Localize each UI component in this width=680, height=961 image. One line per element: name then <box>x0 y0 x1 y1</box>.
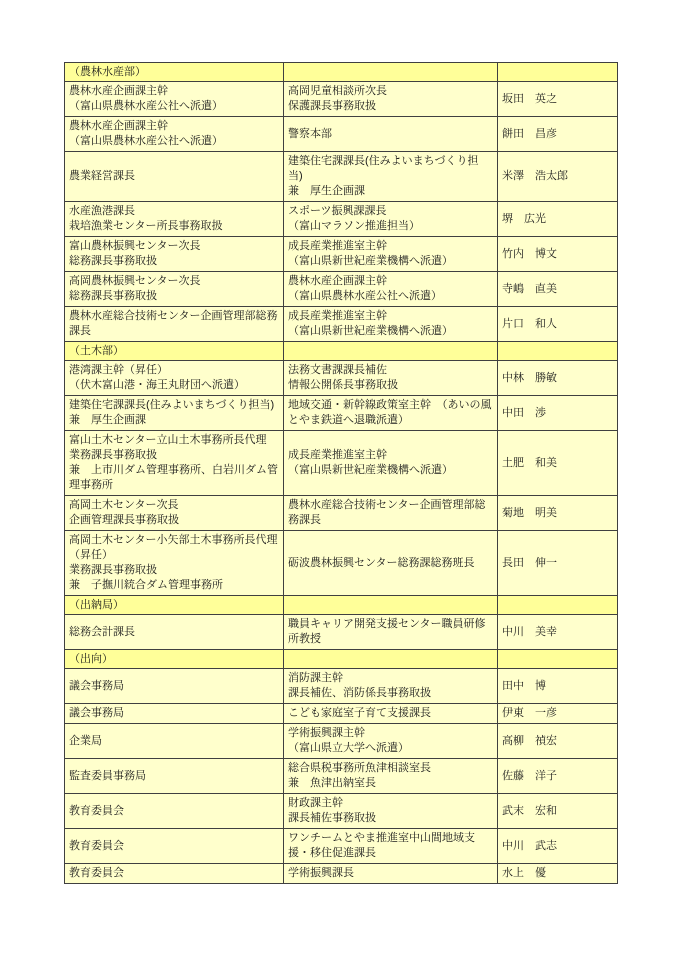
table-row: 企業局学術振興課主幹（富山県立大学へ派遣）高柳 禎宏 <box>65 724 618 759</box>
cell-line: 農林水産総合技術センター企画管理部総務課長 <box>69 309 279 339</box>
old-position-cell: 高岡児童相談所次長保護課長事務取扱 <box>284 82 498 117</box>
cell-line: 消防課主幹 <box>288 671 493 686</box>
cell-line: 課長補佐、消防係長事務取扱 <box>288 686 493 701</box>
section-header-row: （農林水産部） <box>65 63 618 82</box>
name-cell: 餅田 昌彦 <box>498 117 618 152</box>
table-row: 農林水産企画課主幹（富山県農林水産公社へ派遣）高岡児童相談所次長保護課長事務取扱… <box>65 82 618 117</box>
table-row: 高岡土木センター小矢部土木事務所長代理（昇任）業務課長事務取扱兼 子撫川統合ダム… <box>65 531 618 596</box>
old-position-cell: 成長産業推進室主幹（富山県新世紀産業機構へ派遣） <box>284 431 498 496</box>
cell-line: 企業局 <box>69 734 279 749</box>
cell-line: 監査委員事務局 <box>69 769 279 784</box>
table-row: 教育委員会学術振興課長水上 優 <box>65 864 618 884</box>
cell-line: 農林水産総合技術センター企画管理部総務課長 <box>288 498 493 528</box>
name-cell: 菊地 明美 <box>498 496 618 531</box>
new-position-cell: 港湾課主幹（昇任）（伏木富山港・海王丸財団へ派遣） <box>65 361 284 396</box>
table-row: 教育委員会ワンチームとやま推進室中山間地域支援・移住促進課長中川 武志 <box>65 829 618 864</box>
table-row: 農林水産総合技術センター企画管理部総務課長成長産業推進室主幹（富山県新世紀産業機… <box>65 307 618 342</box>
table-row: 総務会計課長職員キャリア開発支援センター職員研修所教授中川 美幸 <box>65 615 618 650</box>
cell-line: スポーツ振興課課長 <box>288 204 493 219</box>
name-cell: 伊東 一彦 <box>498 704 618 724</box>
cell-line: 保護課長事務取扱 <box>288 99 493 114</box>
name-cell: 堺 広光 <box>498 202 618 237</box>
cell-line: （富山マラソン推進担当） <box>288 219 493 234</box>
cell-line: 情報公開係長事務取扱 <box>288 378 493 393</box>
new-position-cell: 教育委員会 <box>65 794 284 829</box>
table-row: 富山農林振興センター次長総務課長事務取扱成長産業推進室主幹（富山県新世紀産業機構… <box>65 237 618 272</box>
name-cell: 中林 勝敏 <box>498 361 618 396</box>
cell-line: 兼 厚生企画課 <box>288 184 493 199</box>
name-cell: 土肥 和美 <box>498 431 618 496</box>
old-position-cell: 地域交通・新幹線政策室主幹 （あいの風とやま鉄道へ退職派遣） <box>284 396 498 431</box>
cell-line: 成長産業推進室主幹 <box>288 448 493 463</box>
table-row: 高岡農林振興センター次長総務課長事務取扱農林水産企画課主幹（富山県農林水産公社へ… <box>65 272 618 307</box>
name-cell: 高柳 禎宏 <box>498 724 618 759</box>
cell-line: （伏木富山港・海王丸財団へ派遣） <box>69 378 279 393</box>
table-row: 農林水産企画課主幹（富山県農林水産公社へ派遣）警察本部餅田 昌彦 <box>65 117 618 152</box>
table-row: 農業経営課長建築住宅課課長(住みよいまちづくり担当)兼 厚生企画課米澤 浩太郎 <box>65 152 618 202</box>
section-header-empty-cell <box>284 342 498 361</box>
cell-line: 栽培漁業センター所長事務取扱 <box>69 219 279 234</box>
cell-line: 警察本部 <box>288 127 493 142</box>
new-position-cell: 農林水産総合技術センター企画管理部総務課長 <box>65 307 284 342</box>
old-position-cell: 職員キャリア開発支援センター職員研修所教授 <box>284 615 498 650</box>
cell-line: 水産漁港課長 <box>69 204 279 219</box>
name-cell: 中川 美幸 <box>498 615 618 650</box>
cell-line: 高岡土木センター次長 <box>69 498 279 513</box>
cell-line: 兼 子撫川統合ダム管理事務所 <box>69 578 279 593</box>
cell-line: 議会事務局 <box>69 679 279 694</box>
cell-line: 兼 魚津出納室長 <box>288 776 493 791</box>
cell-line: （富山県新世紀産業機構へ派遣） <box>288 324 493 339</box>
table-row: 議会事務局こども家庭室子育て支援課長伊東 一彦 <box>65 704 618 724</box>
cell-line: 農林水産企画課主幹 <box>69 119 279 134</box>
new-position-cell: 企業局 <box>65 724 284 759</box>
cell-line: 議会事務局 <box>69 706 279 721</box>
cell-line: 教育委員会 <box>69 866 279 881</box>
cell-line: 成長産業推進室主幹 <box>288 309 493 324</box>
section-header-row: （出納局） <box>65 596 618 615</box>
cell-line: 農業経営課長 <box>69 169 279 184</box>
cell-line: 富山農林振興センター次長 <box>69 239 279 254</box>
section-header-empty-cell <box>498 650 618 669</box>
cell-line: 総務会計課長 <box>69 625 279 640</box>
new-position-cell: 富山土木センター立山土木事務所長代理業務課長事務取扱兼 上市川ダム管理事務所、白… <box>65 431 284 496</box>
name-cell: 米澤 浩太郎 <box>498 152 618 202</box>
cell-line: 高岡土木センター小矢部土木事務所長代理（昇任） <box>69 533 279 563</box>
table-row: 教育委員会財政課主幹課長補佐事務取扱武末 宏和 <box>65 794 618 829</box>
section-header-empty-cell <box>284 596 498 615</box>
old-position-cell: 法務文書課課長補佐情報公開係長事務取扱 <box>284 361 498 396</box>
old-position-cell: 学術振興課主幹（富山県立大学へ派遣） <box>284 724 498 759</box>
cell-line: 兼 上市川ダム管理事務所、白岩川ダム管理事務所 <box>69 463 279 493</box>
cell-line: 課長補佐事務取扱 <box>288 811 493 826</box>
old-position-cell: 学術振興課長 <box>284 864 498 884</box>
cell-line: （富山県農林水産公社へ派遣） <box>288 289 493 304</box>
personnel-table-wrap: （農林水産部）農林水産企画課主幹（富山県農林水産公社へ派遣）高岡児童相談所次長保… <box>64 62 618 884</box>
cell-line: 富山土木センター立山土木事務所長代理 <box>69 433 279 448</box>
cell-line: 法務文書課課長補佐 <box>288 363 493 378</box>
cell-line: 職員キャリア開発支援センター職員研修所教授 <box>288 617 493 647</box>
table-row: 議会事務局消防課主幹課長補佐、消防係長事務取扱田中 博 <box>65 669 618 704</box>
old-position-cell: ワンチームとやま推進室中山間地域支援・移住促進課長 <box>284 829 498 864</box>
new-position-cell: 水産漁港課長栽培漁業センター所長事務取扱 <box>65 202 284 237</box>
cell-line: 総合県税事務所魚津相談室長 <box>288 761 493 776</box>
cell-line: （富山県新世紀産業機構へ派遣） <box>288 254 493 269</box>
name-cell: 片口 和人 <box>498 307 618 342</box>
cell-line: 財政課主幹 <box>288 796 493 811</box>
section-header-empty-cell <box>498 63 618 82</box>
section-header-row: （出向） <box>65 650 618 669</box>
cell-line: 教育委員会 <box>69 804 279 819</box>
cell-line: 総務課長事務取扱 <box>69 254 279 269</box>
cell-line: 成長産業推進室主幹 <box>288 239 493 254</box>
cell-line: 業務課長事務取扱 <box>69 448 279 463</box>
name-cell: 坂田 英之 <box>498 82 618 117</box>
cell-line: 総務課長事務取扱 <box>69 289 279 304</box>
new-position-cell: 農林水産企画課主幹（富山県農林水産公社へ派遣） <box>65 82 284 117</box>
cell-line: 学術振興課長 <box>288 866 493 881</box>
section-header-empty-cell <box>498 596 618 615</box>
section-header-row: （土木部） <box>65 342 618 361</box>
old-position-cell: 成長産業推進室主幹（富山県新世紀産業機構へ派遣） <box>284 237 498 272</box>
old-position-cell: 砺波農林振興センター総務課総務班長 <box>284 531 498 596</box>
document-page: （農林水産部）農林水産企画課主幹（富山県農林水産公社へ派遣）高岡児童相談所次長保… <box>0 0 680 961</box>
table-row: 富山土木センター立山土木事務所長代理業務課長事務取扱兼 上市川ダム管理事務所、白… <box>65 431 618 496</box>
section-header-cell: （農林水産部） <box>65 63 284 82</box>
cell-line: （富山県農林水産公社へ派遣） <box>69 134 279 149</box>
cell-line: 港湾課主幹（昇任） <box>69 363 279 378</box>
cell-line: 地域交通・新幹線政策室主幹 （あいの風とやま鉄道へ退職派遣） <box>288 398 493 428</box>
cell-line: 砺波農林振興センター総務課総務班長 <box>288 556 493 571</box>
section-header-empty-cell <box>284 650 498 669</box>
cell-line: 企画管理課長事務取扱 <box>69 513 279 528</box>
old-position-cell: 警察本部 <box>284 117 498 152</box>
new-position-cell: 監査委員事務局 <box>65 759 284 794</box>
name-cell: 武末 宏和 <box>498 794 618 829</box>
name-cell: 中川 武志 <box>498 829 618 864</box>
old-position-cell: 農林水産企画課主幹（富山県農林水産公社へ派遣） <box>284 272 498 307</box>
cell-line: 高岡児童相談所次長 <box>288 84 493 99</box>
new-position-cell: 農業経営課長 <box>65 152 284 202</box>
cell-line: こども家庭室子育て支援課長 <box>288 706 493 721</box>
cell-line: 教育委員会 <box>69 839 279 854</box>
new-position-cell: 総務会計課長 <box>65 615 284 650</box>
cell-line: （富山県農林水産公社へ派遣） <box>69 99 279 114</box>
cell-line: 兼 厚生企画課 <box>69 413 279 428</box>
old-position-cell: 総合県税事務所魚津相談室長兼 魚津出納室長 <box>284 759 498 794</box>
table-row: 高岡土木センター次長企画管理課長事務取扱農林水産総合技術センター企画管理部総務課… <box>65 496 618 531</box>
section-header-empty-cell <box>498 342 618 361</box>
old-position-cell: 財政課主幹課長補佐事務取扱 <box>284 794 498 829</box>
new-position-cell: 議会事務局 <box>65 669 284 704</box>
table-row: 監査委員事務局総合県税事務所魚津相談室長兼 魚津出納室長佐藤 洋子 <box>65 759 618 794</box>
table-row: 建築住宅課課長(住みよいまちづくり担当)兼 厚生企画課地域交通・新幹線政策室主幹… <box>65 396 618 431</box>
new-position-cell: 富山農林振興センター次長総務課長事務取扱 <box>65 237 284 272</box>
name-cell: 寺嶋 直美 <box>498 272 618 307</box>
cell-line: 建築住宅課課長(住みよいまちづくり担当) <box>288 154 493 184</box>
new-position-cell: 教育委員会 <box>65 829 284 864</box>
new-position-cell: 高岡農林振興センター次長総務課長事務取扱 <box>65 272 284 307</box>
cell-line: （富山県立大学へ派遣） <box>288 741 493 756</box>
cell-line: 高岡農林振興センター次長 <box>69 274 279 289</box>
old-position-cell: こども家庭室子育て支援課長 <box>284 704 498 724</box>
name-cell: 佐藤 洋子 <box>498 759 618 794</box>
section-header-cell: （土木部） <box>65 342 284 361</box>
new-position-cell: 教育委員会 <box>65 864 284 884</box>
cell-line: ワンチームとやま推進室中山間地域支援・移住促進課長 <box>288 831 493 861</box>
table-row: 港湾課主幹（昇任）（伏木富山港・海王丸財団へ派遣）法務文書課課長補佐情報公開係長… <box>65 361 618 396</box>
cell-line: 農林水産企画課主幹 <box>69 84 279 99</box>
old-position-cell: 建築住宅課課長(住みよいまちづくり担当)兼 厚生企画課 <box>284 152 498 202</box>
cell-line: 建築住宅課課長(住みよいまちづくり担当) <box>69 398 279 413</box>
cell-line: 農林水産企画課主幹 <box>288 274 493 289</box>
personnel-table-body: （農林水産部）農林水産企画課主幹（富山県農林水産公社へ派遣）高岡児童相談所次長保… <box>65 63 618 884</box>
new-position-cell: 高岡土木センター次長企画管理課長事務取扱 <box>65 496 284 531</box>
name-cell: 長田 伸一 <box>498 531 618 596</box>
new-position-cell: 高岡土木センター小矢部土木事務所長代理（昇任）業務課長事務取扱兼 子撫川統合ダム… <box>65 531 284 596</box>
new-position-cell: 農林水産企画課主幹（富山県農林水産公社へ派遣） <box>65 117 284 152</box>
old-position-cell: 消防課主幹課長補佐、消防係長事務取扱 <box>284 669 498 704</box>
new-position-cell: 建築住宅課課長(住みよいまちづくり担当)兼 厚生企画課 <box>65 396 284 431</box>
name-cell: 竹内 博文 <box>498 237 618 272</box>
table-row: 水産漁港課長栽培漁業センター所長事務取扱スポーツ振興課課長（富山マラソン推進担当… <box>65 202 618 237</box>
old-position-cell: スポーツ振興課課長（富山マラソン推進担当） <box>284 202 498 237</box>
old-position-cell: 農林水産総合技術センター企画管理部総務課長 <box>284 496 498 531</box>
cell-line: 学術振興課主幹 <box>288 726 493 741</box>
old-position-cell: 成長産業推進室主幹（富山県新世紀産業機構へ派遣） <box>284 307 498 342</box>
new-position-cell: 議会事務局 <box>65 704 284 724</box>
personnel-table: （農林水産部）農林水産企画課主幹（富山県農林水産公社へ派遣）高岡児童相談所次長保… <box>64 62 618 884</box>
section-header-cell: （出納局） <box>65 596 284 615</box>
name-cell: 田中 博 <box>498 669 618 704</box>
name-cell: 中田 渉 <box>498 396 618 431</box>
name-cell: 水上 優 <box>498 864 618 884</box>
cell-line: 業務課長事務取扱 <box>69 563 279 578</box>
section-header-cell: （出向） <box>65 650 284 669</box>
section-header-empty-cell <box>284 63 498 82</box>
cell-line: （富山県新世紀産業機構へ派遣） <box>288 463 493 478</box>
